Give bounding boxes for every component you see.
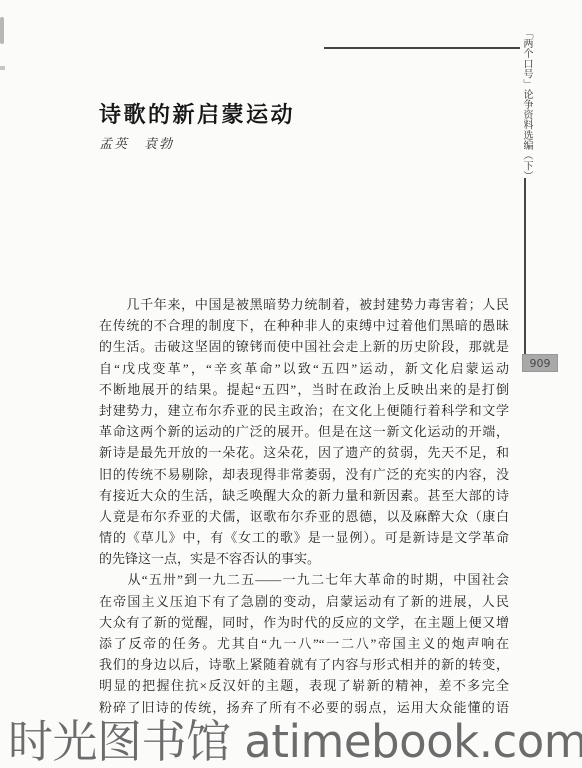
body-line: 的生活。击破这坚固的镣铐而使中国社会走上新的历史阶段，那就是 [99, 336, 509, 357]
body-line: 几千年来，中国是被黑暗势力统制着，被封建势力毒害着；人民 [99, 294, 509, 315]
body-line: 大众有了新的觉醒，同时，作为时代的反应的文学，在主题上便又增 [99, 612, 509, 633]
body-line: 在传统的不合理的制度下，在种种非人的束缚中过着他们黑暗的愚昧 [99, 315, 509, 336]
body-line: 封建势力，建立布尔乔亚的民主政治；在文化上便随行着科学和文学 [99, 400, 509, 421]
watermark: 时光图书馆 atimebook.com [8, 705, 582, 768]
page-number-badge: 909 [522, 354, 558, 372]
body-line: 新诗是最先开放的一朵花。这朵花，因了遗产的贫弱，先天不足，和 [99, 442, 509, 463]
sidebar-vertical-rule [524, 178, 526, 355]
body-line: 从“五卅”到一九二五——一九二七年大革命的时期，中国社会 [99, 569, 509, 590]
scan-artifact [0, 17, 4, 44]
body-line: 人竟是布尔乔亚的犬儒，讴歌布尔乔亚的恩德，以及麻醉大众（康白 [99, 506, 509, 527]
body-line: 添了反帝的任务。尤其自“九一八”“一二八”帝国主义的炮声响在 [99, 633, 509, 654]
book-page-scan: 「两个口号」论争资料选编（下） 909 诗歌的新启蒙运动 孟英 袁勃 几千年来，… [0, 0, 582, 768]
sidebar-series-title: 「两个口号」论争资料选编（下） [516, 28, 536, 184]
body-line: 明显的把握住抗×反汉奸的主题，表现了崭新的精神，差不多完全 [99, 675, 509, 696]
body-line: 我们的身边以后，诗歌上紧随着就有了内容与形式相并的新的转变， [99, 654, 509, 675]
body-line: 革命这两个新的运动的广泛的展开。但是在这一新文化运动的开端， [99, 421, 509, 442]
body-line: 旧的传统不易剔除，却表现得非常萎弱，没有广泛的充实的内容，没 [99, 464, 509, 485]
body-line: 情的《草儿》中，有《女工的歌》是一显例）。可是新诗是文学革命 [99, 527, 509, 548]
header-rule [324, 47, 520, 49]
article-body: 几千年来，中国是被黑暗势力统制着，被封建势力毒害着；人民 在传统的不合理的制度下… [99, 294, 509, 718]
article-title: 诗歌的新启蒙运动 [99, 98, 295, 129]
body-line: 不断地展开的结果。提起“五四”，当时在政治上反映出来的是打倒 [99, 379, 509, 400]
body-line: 有接近大众的生活，缺乏唤醒大众的新力量和新因素。甚至大部的诗 [99, 485, 509, 506]
body-line: 自“戊戌变革”，“辛亥革命”以致“五四”运动，新文化启蒙运动 [99, 358, 509, 379]
body-line: 的先锋这一点，实是不容否认的事实。 [99, 548, 509, 569]
article-authors: 孟英 袁勃 [99, 133, 174, 152]
body-line: 在帝国主义压迫下有了急剧的变动，启蒙运动有了新的进展，人民 [99, 591, 509, 612]
scan-artifact [0, 66, 5, 70]
